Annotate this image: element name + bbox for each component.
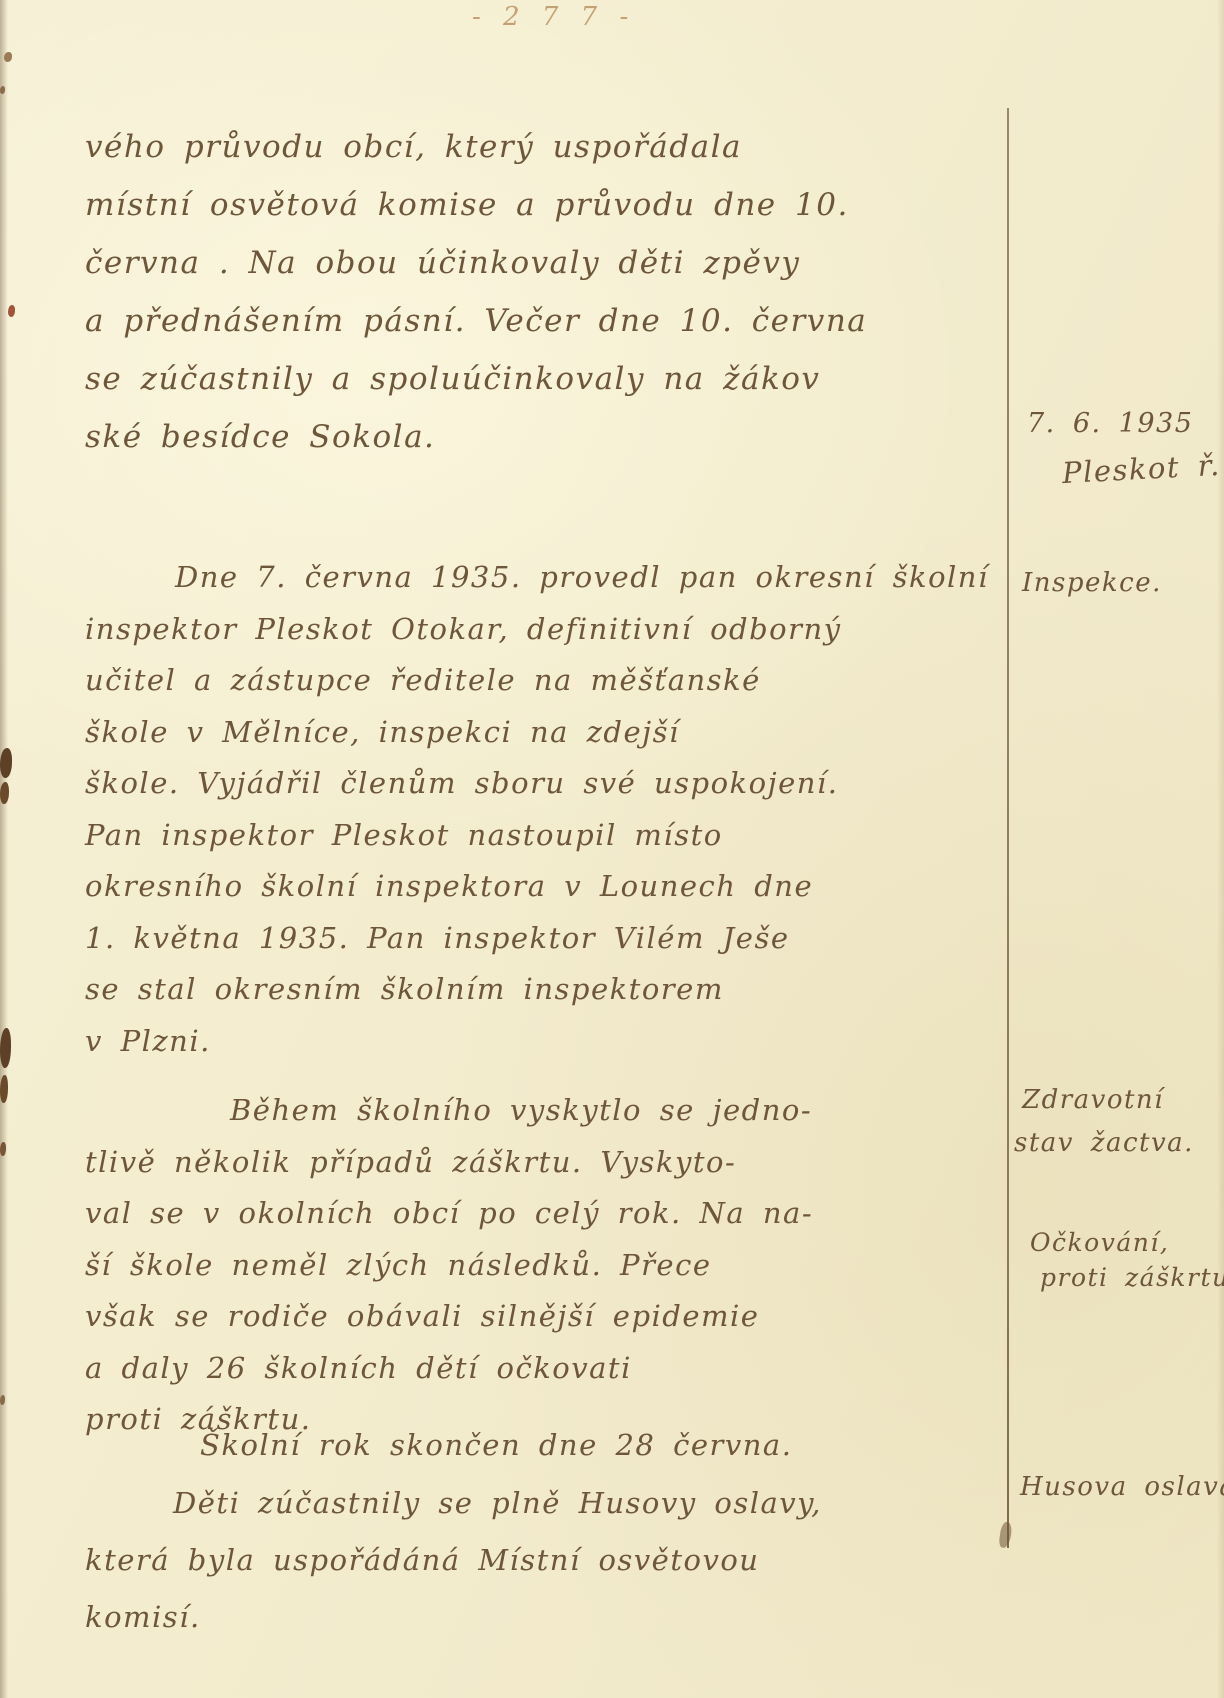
handwritten-line: učitel a zástupce ředitele na měšťanské xyxy=(85,655,989,707)
chronicle-page-scan: - 2 7 7 - vého průvodu obcí, který uspoř… xyxy=(0,0,1224,1698)
margin-note-vaccination-line2: proti záškrtu. xyxy=(1040,1263,1224,1292)
handwritten-line: val se v okolních obcí po celý rok. Na n… xyxy=(85,1188,813,1240)
handwritten-line: která byla uspořádáná Místní osvětovou xyxy=(85,1532,822,1589)
paragraph-parade-continuation: vého průvodu obcí, který uspořádala míst… xyxy=(85,118,867,466)
page-number: - 2 7 7 - xyxy=(472,2,635,32)
paragraph-school-year-end: Školní rok skončen dne 28 června. xyxy=(200,1420,792,1471)
handwritten-line: inspektor Pleskot Otokar, definitivní od… xyxy=(85,604,989,656)
margin-note-hus: Husova oslava. xyxy=(1020,1472,1224,1502)
binding-stain xyxy=(0,748,12,778)
handwritten-line: vého průvodu obcí, který uspořádala xyxy=(85,118,867,176)
handwritten-line: však se rodiče obávali silnější epidemie xyxy=(85,1291,813,1343)
handwritten-line: škole. Vyjádřil členům sboru své uspokoj… xyxy=(85,758,989,810)
handwritten-line: okresního školní inspektora v Lounech dn… xyxy=(85,861,989,913)
paragraph-hus-celebration: Děti zúčastnily se plně Husovy oslavy, k… xyxy=(85,1475,822,1646)
handwritten-line: Pan inspektor Pleskot nastoupil místo xyxy=(85,810,989,862)
margin-rule-line xyxy=(1007,108,1009,1548)
paragraph-inspection: Dne 7. června 1935. provedl pan okresní … xyxy=(85,552,989,1067)
handwritten-line: Školní rok skončen dne 28 června. xyxy=(200,1420,792,1471)
handwritten-line: škole v Mělníce, inspekci na zdejší xyxy=(85,707,989,759)
handwritten-line: v Plzni. xyxy=(85,1016,989,1068)
handwritten-line: komisí. xyxy=(85,1589,822,1646)
margin-date: 7. 6. 1935 xyxy=(1027,408,1193,439)
binding-stain xyxy=(0,1028,11,1068)
handwritten-line: tlivě několik případů záškrtu. Vyskyto- xyxy=(85,1137,813,1189)
ink-spot xyxy=(8,305,15,317)
handwritten-line: Děti zúčastnily se plně Husovy oslavy, xyxy=(85,1475,822,1532)
margin-note-inspection: Inspekce. xyxy=(1022,568,1162,598)
margin-note-vaccination-line1: Očkování, xyxy=(1030,1228,1169,1257)
handwritten-line: se stal okresním školním inspektorem xyxy=(85,964,989,1016)
margin-note-health-line1: Zdravotní xyxy=(1022,1085,1164,1115)
paragraph-health: Během školního vyskytlo se jedno- tlivě … xyxy=(85,1085,813,1446)
handwritten-line: místní osvětová komise a průvodu dne 10. xyxy=(85,176,867,234)
page-edge-shadow xyxy=(1217,0,1224,1698)
handwritten-line: se zúčastnily a spoluúčinkovaly na žákov xyxy=(85,350,867,408)
margin-signature: Pleskot ř. xyxy=(1061,448,1221,490)
handwritten-line: června . Na obou účinkovaly děti zpěvy xyxy=(85,234,867,292)
handwritten-line: 1. května 1935. Pan inspektor Vilém Ješe xyxy=(85,913,989,965)
margin-note-health-line2: stav žactva. xyxy=(1014,1128,1194,1158)
handwritten-line: ší škole neměl zlých následků. Přece xyxy=(85,1240,813,1292)
binding-edge-shadow xyxy=(0,0,8,1698)
ink-spot xyxy=(4,52,12,62)
handwritten-line: Dne 7. června 1935. provedl pan okresní … xyxy=(85,552,989,604)
handwritten-line: a přednášením pásní. Večer dne 10. červn… xyxy=(85,292,867,350)
handwritten-line: a daly 26 školních dětí očkovati xyxy=(85,1343,813,1395)
margin-rule-ink-blot xyxy=(998,1521,1013,1548)
handwritten-line: ské besídce Sokola. xyxy=(85,408,867,466)
handwritten-line: Během školního vyskytlo se jedno- xyxy=(85,1085,813,1137)
